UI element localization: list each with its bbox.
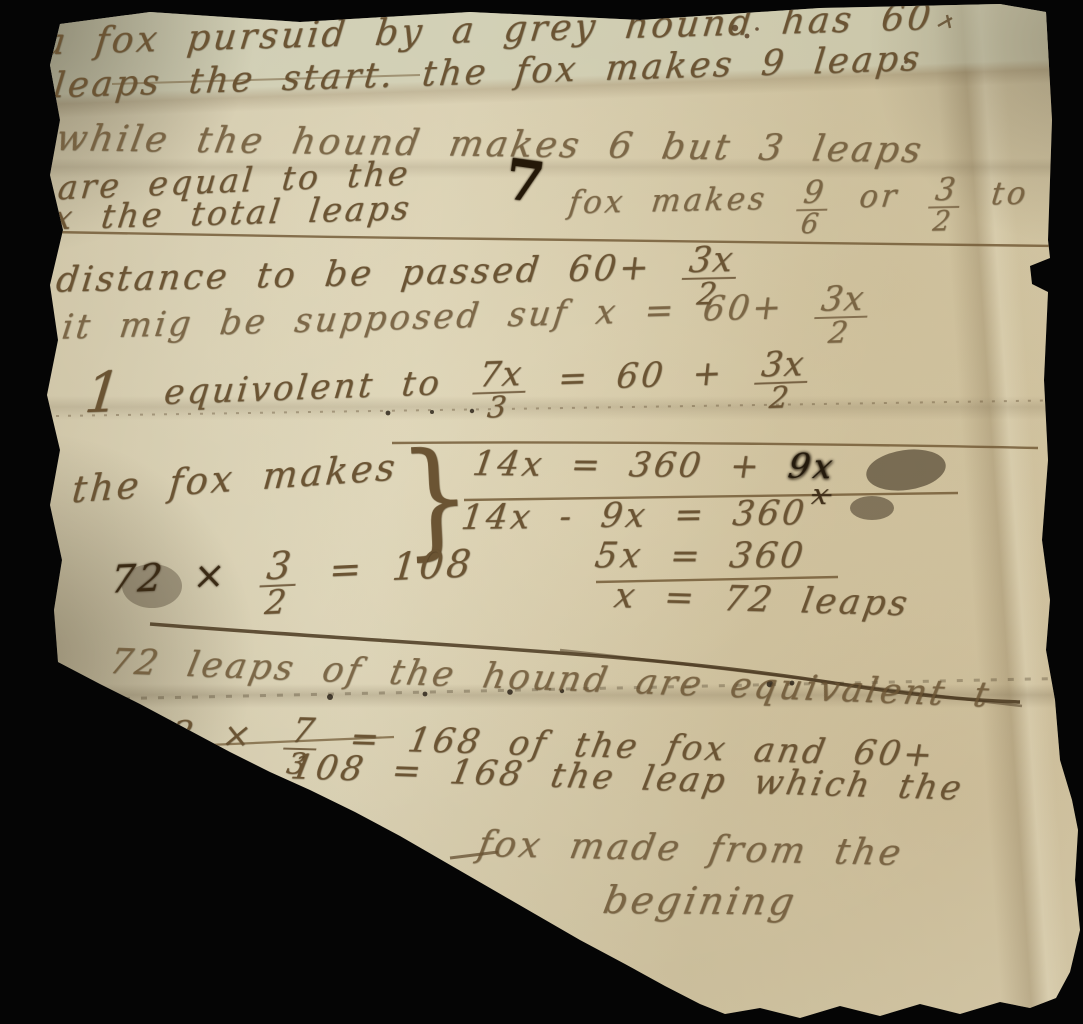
fraction-numerator: 3x bbox=[755, 349, 811, 385]
equation-lead: 72 × bbox=[109, 552, 230, 602]
equation-14x-minus-9x: 14x - 9x = 360 bbox=[459, 493, 809, 538]
ink-blot-over-9x bbox=[864, 445, 949, 496]
ratio-or-text: or bbox=[857, 178, 901, 215]
fraction-denominator: 2 bbox=[257, 586, 295, 620]
equation-tail: = 108 bbox=[327, 541, 475, 592]
equation-14x-360: 14x = 360 + 9x x bbox=[470, 444, 838, 487]
equals-60-text: = 60 + bbox=[556, 353, 726, 399]
fraction-denominator: 2 bbox=[752, 383, 808, 413]
equivalent-text: equivolent to bbox=[162, 363, 444, 413]
ratio-lead-text: fox makes bbox=[567, 181, 770, 221]
fraction-7x-3: 7x 3 bbox=[469, 359, 528, 424]
fraction-denominator: 2 bbox=[810, 318, 867, 348]
fraction-3x-2: 3x 2 bbox=[752, 349, 811, 414]
fraction-numerator: 7 bbox=[283, 716, 322, 751]
fraction-numerator: 3 bbox=[260, 548, 299, 588]
fraction-numerator: 9 bbox=[796, 179, 830, 211]
fraction-numerator: 3x bbox=[682, 244, 740, 280]
photo-background: a fox pursuid by a grey hound has 60 lea… bbox=[0, 0, 1083, 1024]
equation-x-72-leaps: x = 72 leaps bbox=[611, 576, 913, 624]
manuscript-line-17: begining bbox=[600, 878, 801, 924]
fraction-numerator: 3 bbox=[928, 176, 962, 208]
manuscript-line-5-ratio: fox makes 9 6 or 3 2 to 1 bbox=[565, 165, 1080, 233]
equation-lead: 14x = 360 + bbox=[470, 444, 765, 486]
paper-scrap: a fox pursuid by a grey hound has 60 lea… bbox=[0, 0, 1083, 1024]
ink-blot-under-9x bbox=[850, 496, 894, 520]
fraction-3-2: 3 2 bbox=[257, 548, 299, 620]
fraction-denominator: 2 bbox=[925, 207, 959, 234]
tick-mark-above-60 bbox=[938, 15, 952, 28]
equation-5x-360: 5x = 360 bbox=[592, 536, 808, 576]
fraction-numerator: 3x bbox=[814, 284, 871, 320]
fraction-3-2: 3 2 bbox=[925, 176, 963, 234]
item-marker-1: 1 bbox=[82, 360, 127, 427]
ratio-tail-text: to 1 bbox=[989, 175, 1079, 213]
fraction-denominator: 6 bbox=[793, 210, 827, 237]
fraction-3x-2: 3x 2 bbox=[810, 284, 871, 349]
line14-lead: to 72 × bbox=[76, 711, 258, 756]
fraction-denominator: 3 bbox=[469, 393, 525, 423]
fraction-numerator: 7x bbox=[472, 359, 528, 395]
fraction-9-6: 9 6 bbox=[793, 179, 831, 237]
supposed-text: it mig be supposed suf x = 60+ bbox=[60, 287, 787, 347]
small-sub-2: 2 bbox=[236, 768, 260, 797]
